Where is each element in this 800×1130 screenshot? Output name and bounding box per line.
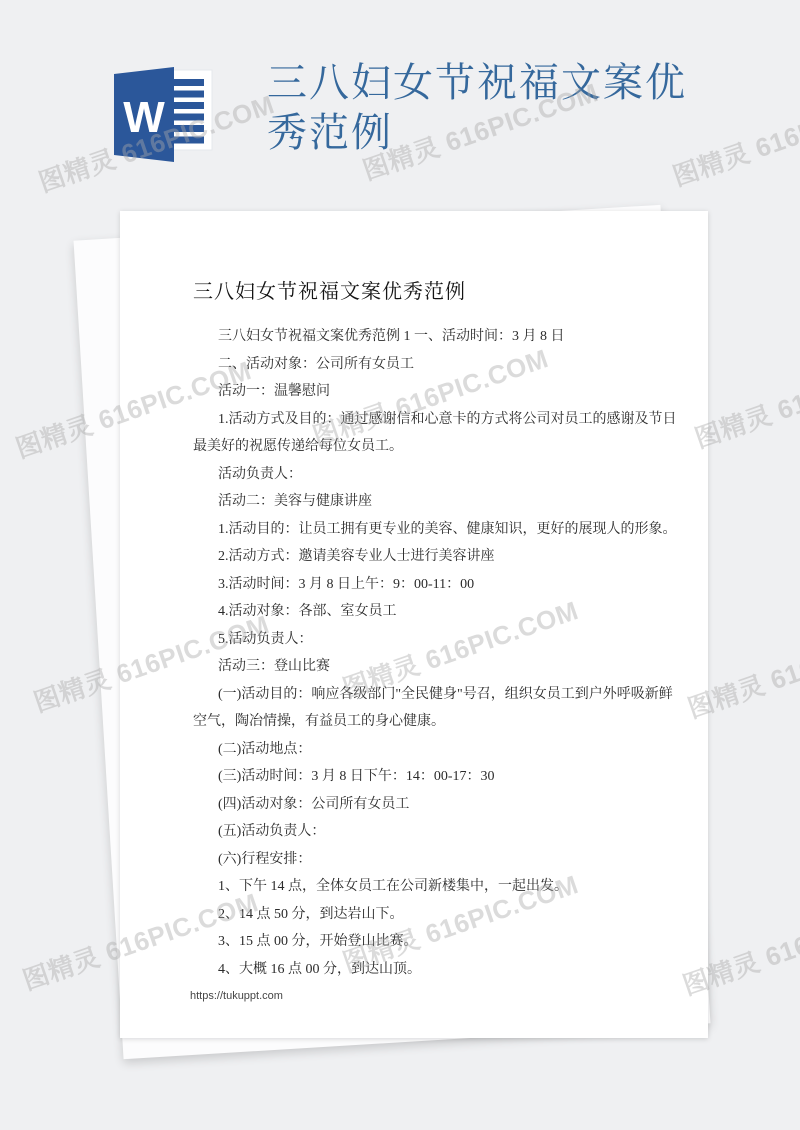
doc-line: (五)活动负责人： [193,818,688,846]
document-preview-page: 三八妇女节祝福文案优秀范例 三八妇女节祝福文案优秀范例 1 一、活动时间：3 月… [120,211,708,1038]
doc-line: 最美好的祝愿传递给每位女员工。 [193,433,688,461]
doc-line: 1.活动方式及目的：通过感谢信和心意卡的方式将公司对员工的感谢及节日 [193,406,688,434]
doc-line: 活动三：登山比赛 [193,653,688,681]
document-title: 三八妇女节祝福文案优秀范例 [193,275,466,304]
doc-line: 活动一：温馨慰问 [193,378,688,406]
document-footer-link: https://tukuppt.com [190,990,283,1002]
word-icon: W [100,62,226,174]
doc-line: 空气，陶冶情操，有益员工的身心健康。 [193,708,688,736]
doc-line: (三)活动时间：3 月 8 日下午：14：00-17：30 [193,763,688,791]
doc-line: 1.活动目的：让员工拥有更专业的美容、健康知识，更好的展现人的形象。 [193,516,688,544]
document-body: 三八妇女节祝福文案优秀范例 1 一、活动时间：3 月 8 日二、活动对象：公司所… [193,323,688,983]
doc-line: (二)活动地点： [193,736,688,764]
doc-line: 3.活动时间：3 月 8 日上午：9：00-11：00 [193,571,688,599]
doc-line: 1、下午 14 点，全体女员工在公司新楼集中，一起出发。 [193,873,688,901]
doc-line: 4.活动对象：各部、室女员工 [193,598,688,626]
doc-line: 活动二：美容与健康讲座 [193,488,688,516]
doc-line: 4、大概 16 点 00 分，到达山顶。 [193,956,688,984]
word-icon-letter: W [123,93,165,142]
doc-line: 2、14 点 50 分，到达岩山下。 [193,901,688,929]
doc-line: (四)活动对象：公司所有女员工 [193,791,688,819]
doc-line: 三八妇女节祝福文案优秀范例 1 一、活动时间：3 月 8 日 [193,323,688,351]
page-title: 三八妇女节祝福文案优秀范例 [267,58,699,158]
doc-line: 活动负责人： [193,461,688,489]
doc-line: (六)行程安排： [193,846,688,874]
doc-line: 2.活动方式：邀请美容专业人士进行美容讲座 [193,543,688,571]
doc-line: (一)活动目的：响应各级部门"全民健身"号召，组织女员工到户外呼吸新鲜 [193,681,688,709]
doc-line: 二、活动对象：公司所有女员工 [193,351,688,379]
doc-line: 5.活动负责人： [193,626,688,654]
doc-line: 3、15 点 00 分，开始登山比赛。 [193,928,688,956]
page-background: 三八妇女节祝福文案优秀范例 三八妇女节祝福文案优秀范例 1 一、活动时间：3 月… [0,0,800,1130]
